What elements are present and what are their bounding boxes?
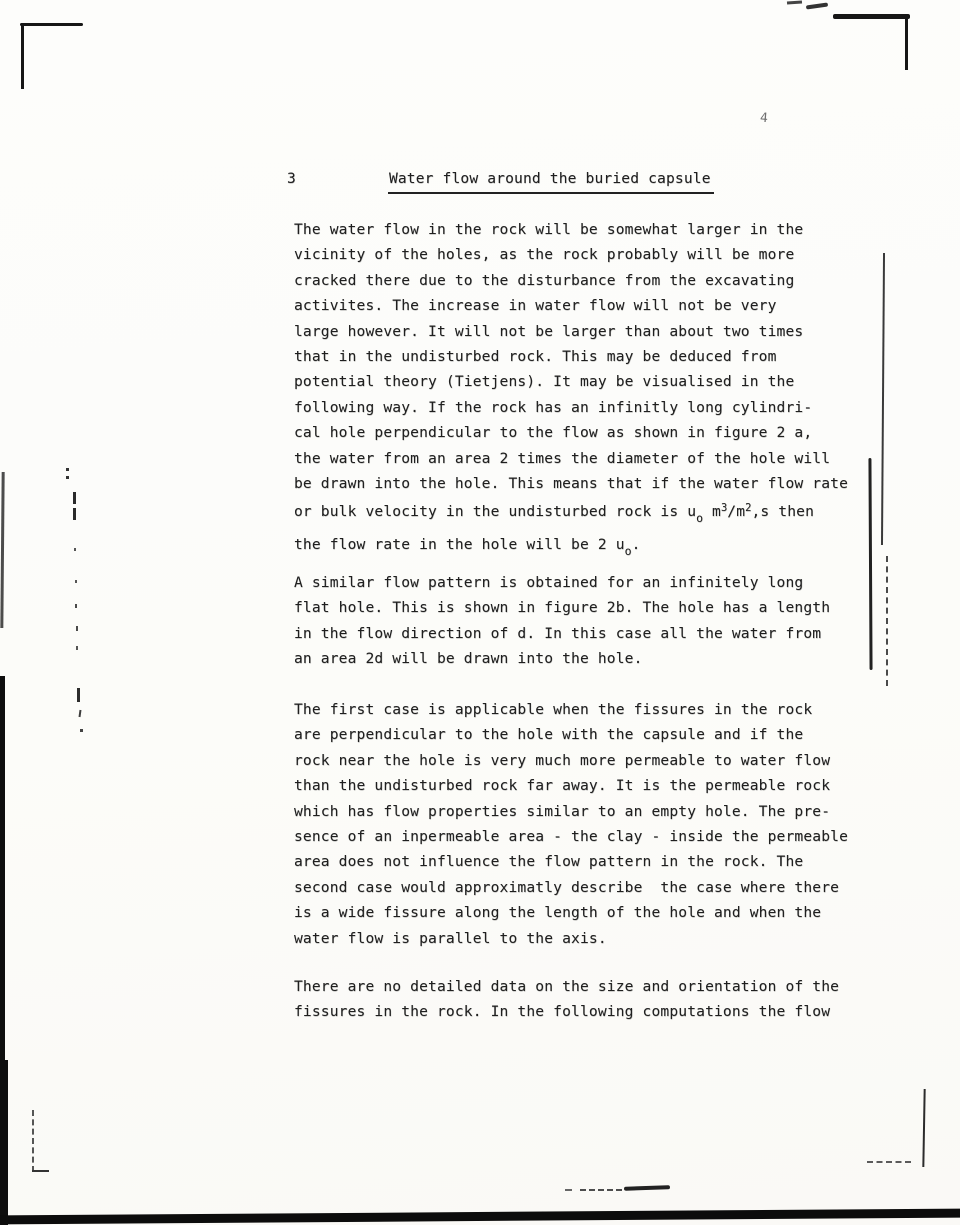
paragraph-flat-hole: A similar flow pattern is obtained for a… xyxy=(294,570,830,672)
section-number: 3 xyxy=(287,166,296,194)
text-line: the water from an area 2 times the diame… xyxy=(294,446,848,471)
text-line: is a wide fissure along the length of th… xyxy=(294,900,848,925)
text-line: that in the undisturbed rock. This may b… xyxy=(294,344,848,369)
text-line: in the flow direction of d. In this case… xyxy=(294,621,830,646)
text-line: vicinity of the holes, as the rock proba… xyxy=(294,242,848,267)
scan-margin-mark-left xyxy=(77,688,80,702)
text-line: than the undisturbed rock far away. It i… xyxy=(294,773,848,798)
scan-border-left xyxy=(0,1060,8,1225)
text-line: cal hole perpendicular to the flow as sh… xyxy=(294,420,848,445)
text-line: rock near the hole is very much more per… xyxy=(294,748,848,773)
scan-margin-dot-left xyxy=(75,604,77,608)
scan-margin-dot-left xyxy=(75,580,77,583)
section-title: Water flow around the buried capsule xyxy=(388,166,714,194)
text-line: potential theory (Tietjens). It may be v… xyxy=(294,369,848,394)
text-line: second case would approximatly describe … xyxy=(294,875,848,900)
scan-margin-line-right-dashed xyxy=(886,556,888,686)
scan-smudge-top xyxy=(787,0,802,4)
scan-dashes-bottom-center xyxy=(624,1185,670,1191)
text-line: The water flow in the rock will be somew… xyxy=(294,217,848,242)
scan-margin-line-right xyxy=(881,253,885,545)
scan-dashed-mark-bottom-left-foot xyxy=(32,1170,49,1172)
page-number: 4 xyxy=(759,106,770,132)
text-line: large however. It will not be larger tha… xyxy=(294,319,848,344)
scan-corner-mark-top-left-vertical xyxy=(21,23,24,89)
scan-dashes-bottom-center xyxy=(580,1189,622,1191)
scan-margin-dot-left xyxy=(74,548,76,551)
scan-margin-mark-left xyxy=(80,729,83,732)
scan-dashes-bottom-right xyxy=(867,1161,911,1163)
text-line: flat hole. This is shown in figure 2b. T… xyxy=(294,595,830,620)
scan-margin-dot-left xyxy=(76,646,78,650)
text-line: area does not influence the flow pattern… xyxy=(294,849,848,874)
text-line: or bulk velocity in the undisturbed rock… xyxy=(294,496,848,531)
scan-edge-streak-left xyxy=(0,472,4,628)
text-line: A similar flow pattern is obtained for a… xyxy=(294,570,830,595)
text-line: are perpendicular to the hole with the c… xyxy=(294,722,848,747)
scan-corner-mark-top-left-horizontal xyxy=(20,23,83,26)
scan-margin-mark-left xyxy=(73,492,76,504)
scan-margin-line-right xyxy=(868,458,872,670)
scan-margin-dot-left xyxy=(76,626,78,631)
text-line: following way. If the rock has an infini… xyxy=(294,395,848,420)
paragraph-applicability: The first case is applicable when the fi… xyxy=(294,697,848,951)
paragraph-water-flow-intro: The water flow in the rock will be somew… xyxy=(294,217,848,564)
text-line: water flow is parallel to the axis. xyxy=(294,926,848,951)
text-line: The first case is applicable when the fi… xyxy=(294,697,848,722)
paragraph-no-detailed-data: There are no detailed data on the size a… xyxy=(294,974,839,1025)
text-line: the flow rate in the hole will be 2 uo. xyxy=(294,532,848,564)
text-line: activites. The increase in water flow wi… xyxy=(294,293,848,318)
text-line: cracked there due to the disturbance fro… xyxy=(294,268,848,293)
scan-smudge-top xyxy=(806,2,828,9)
section-heading: 3 Water flow around the buried capsule xyxy=(287,166,714,194)
scan-corner-mark-top-right-vertical xyxy=(905,14,908,70)
text-line: be drawn into the hole. This means that … xyxy=(294,471,848,496)
scan-corner-mark-top-right-horizontal xyxy=(833,14,910,19)
scan-margin-line-bottom-right xyxy=(922,1089,925,1167)
scan-border-bottom xyxy=(0,1209,960,1225)
text-line: sence of an inpermeable area - the clay … xyxy=(294,824,848,849)
scan-dashes-bottom-center xyxy=(565,1189,572,1191)
scanned-document-page: 4 3 Water flow around the buried capsule… xyxy=(0,0,960,1225)
scan-margin-mark-left xyxy=(79,710,82,717)
scan-margin-mark-left xyxy=(66,468,69,471)
scan-border-left xyxy=(0,676,5,1076)
text-line: which has flow properties similar to an … xyxy=(294,799,848,824)
text-line: fissures in the rock. In the following c… xyxy=(294,999,839,1024)
text-line: an area 2d will be drawn into the hole. xyxy=(294,646,830,671)
text-line: There are no detailed data on the size a… xyxy=(294,974,839,999)
scan-dashed-mark-bottom-left-vertical xyxy=(32,1110,34,1172)
